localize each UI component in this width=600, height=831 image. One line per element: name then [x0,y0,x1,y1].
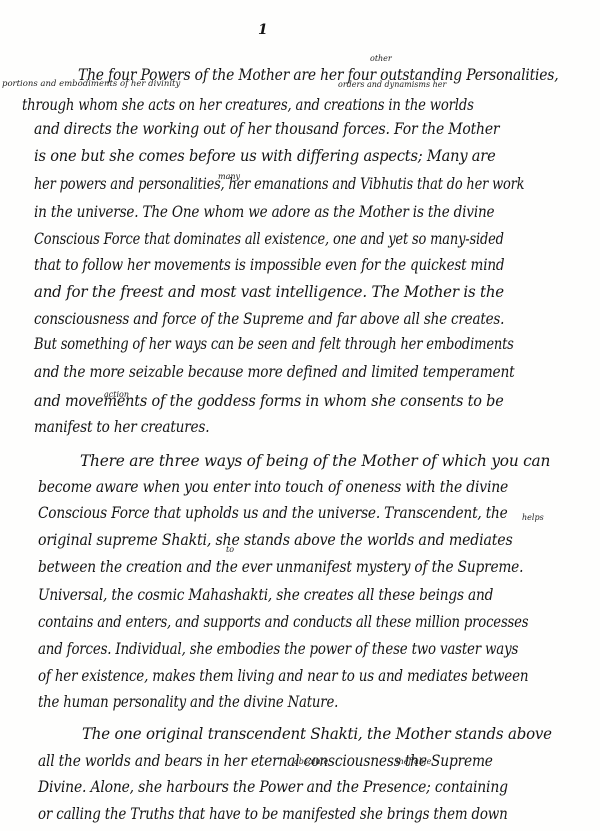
manuscript-line: Universal, the cosmic Mahashakti, she cr… [38,586,493,604]
manuscript-line: and movements of the goddess forms in wh… [34,392,504,410]
manuscript-line: and the more seizable because more defin… [34,363,514,381]
manuscript-line: in the universe. The One whom we adore a… [34,203,494,221]
insertion-other: other [370,54,392,63]
manuscript-line: Divine. Alone, she harbours the Power an… [38,778,508,796]
manuscript-line: manifest to her creatures. [34,418,209,436]
manuscript-line: and forces. Individual, she embodies the… [38,640,518,658]
manuscript-line: through whom she acts on her creatures, … [22,96,474,114]
manuscript-line: the human personality and the divine Nat… [38,693,338,711]
manuscript-line: and directs the working out of her thous… [34,120,499,138]
manuscript-line: and for the freest and most vast intelli… [34,283,504,301]
manuscript-line: become aware when you enter into touch o… [38,478,508,496]
manuscript-line: The one original transcendent Shakti, th… [82,725,552,743]
manuscript-line: The four Powers of the Mother are her fo… [78,66,558,84]
manuscript-line: is one but she comes before us with diff… [34,147,496,165]
manuscript-line: There are three ways of being of the Mot… [80,452,550,470]
manuscript-line: Conscious Force that dominates all exist… [34,230,504,248]
manuscript-line: But something of her ways can be seen an… [34,335,514,353]
manuscript-line: original supreme Shakti, she stands abov… [38,531,513,549]
page-number: 1 [258,22,268,38]
manuscript-line: that to follow her movements is impossib… [34,256,504,274]
manuscript-line: Conscious Force that upholds us and the … [38,504,508,522]
manuscript-page: 1 portions and embodiments of her divini… [0,0,600,831]
manuscript-line: or calling the Truths that have to be ma… [38,805,508,823]
manuscript-line: her powers and personalities, her emanat… [34,175,524,193]
insertion-helps: helps [522,513,544,522]
manuscript-line: all the worlds and bears in her eternal … [38,752,493,770]
manuscript-line: contains and enters, and supports and co… [38,613,528,631]
manuscript-line: between the creation and the ever unmani… [38,558,523,576]
manuscript-line: consciousness and force of the Supreme a… [34,310,504,328]
manuscript-line: of her existence, makes them living and … [38,667,528,685]
